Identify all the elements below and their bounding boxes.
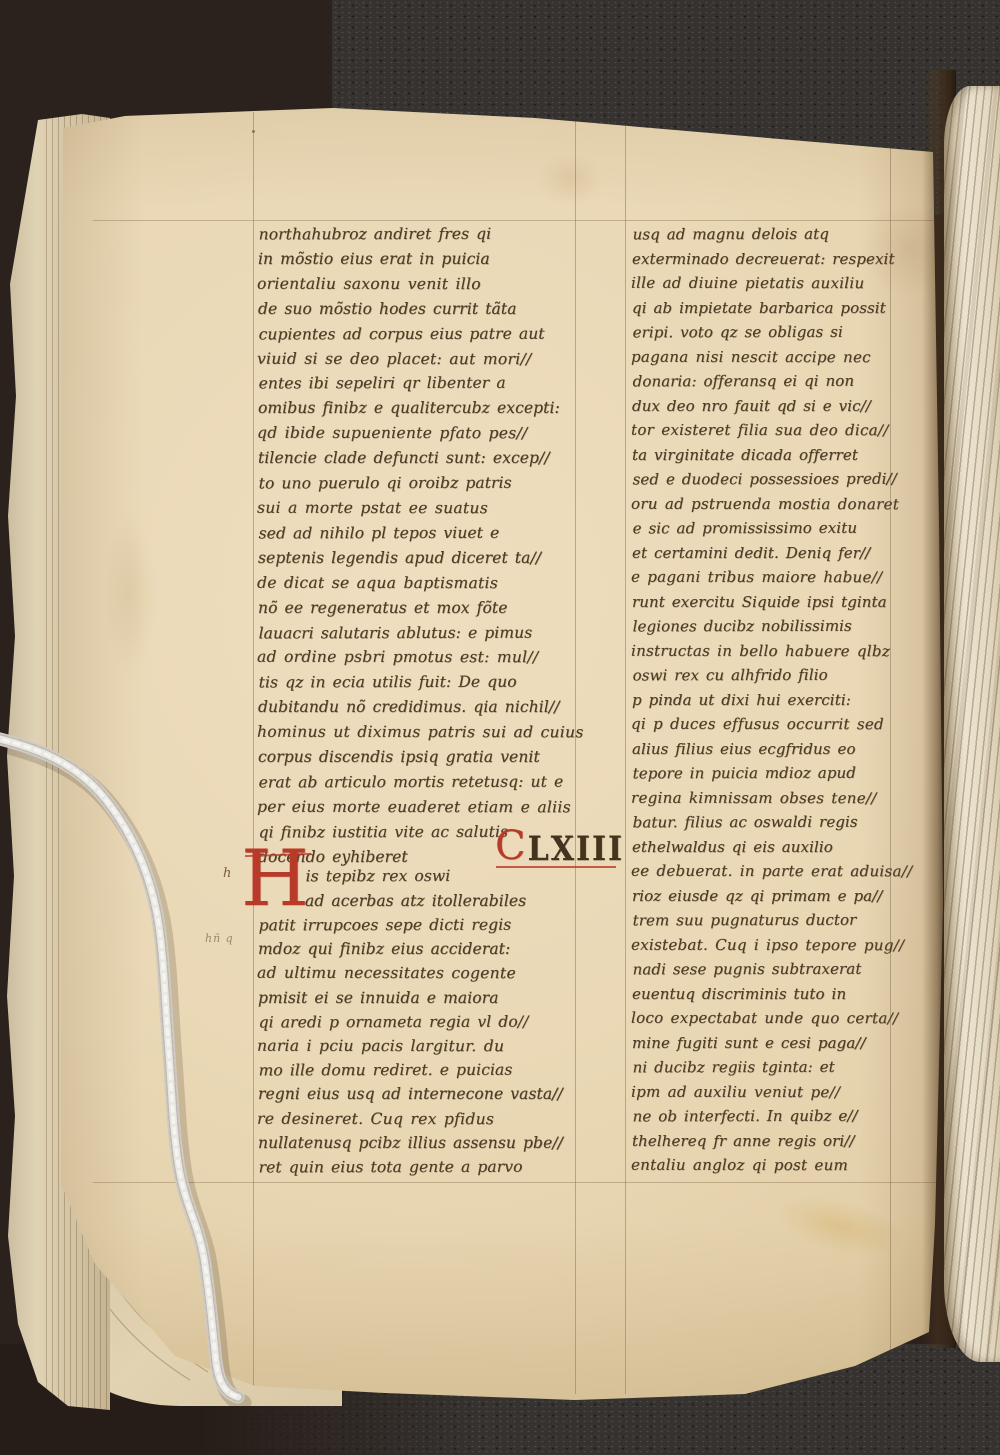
text-line: alius filius eius ecgfridus eo: [632, 737, 913, 762]
text-line: qi p duces effusus occurrit sed: [631, 712, 913, 737]
text-line: is tepibz rex oswi: [306, 864, 527, 889]
text-line: ee debuerat. in parte erat aduisa//: [631, 859, 913, 884]
ruling-line-vertical: [625, 112, 626, 1394]
text-line: ad ultimu necessitates cogente: [257, 961, 562, 986]
text-line: dubitandu nõ credidimus. qia nichil//: [258, 695, 585, 720]
text-line: hominus ut diximus patris sui ad cuius: [257, 720, 584, 745]
text-line: euentuq discriminis tuto in: [632, 982, 913, 1007]
text-line: ni ducibz regiis tginta: et: [633, 1055, 915, 1080]
text-line: regina kimnissam obses tene//: [631, 785, 913, 810]
margin-note: hñ q: [205, 932, 234, 945]
text-line: tepore in puicia mdioz apud: [633, 761, 915, 786]
text-line: ta virginitate dicada offerret: [632, 443, 913, 468]
text-line: nadi sese pugnis subtraxerat: [633, 957, 915, 982]
text-line: re desineret. Cuq rex pfidus: [257, 1106, 562, 1131]
rubricated-initial: H: [241, 848, 309, 910]
text-line: mine fugiti sunt e cesi paga//: [632, 1031, 913, 1056]
text-line: naria i pciu pacis largitur. du: [257, 1034, 562, 1059]
chapter-number-underline: [496, 866, 616, 868]
text-line: qd ibide supueniente pfato pes//: [257, 421, 584, 446]
text-line: loco expectabat unde quo certa//: [631, 1006, 913, 1031]
text-line: trem suu pugnaturus ductor: [633, 908, 915, 933]
text-line: legiones ducibz nobilissimis: [633, 614, 915, 639]
text-line: cupientes ad corpus eius patre aut: [259, 321, 586, 347]
text-line: ad ordine psbri pmotus est: mul//: [257, 645, 584, 670]
text-line: sed ad nihilo pl tepos viuet e: [259, 520, 586, 546]
text-line: northahubroz andiret fres qi: [259, 222, 586, 248]
text-line: nõ ee regeneratus et mox fõte: [258, 596, 585, 621]
text-line: lauacri salutaris ablutus: e pimus: [259, 620, 586, 646]
text-line: sui a morte pstat ee suatus: [257, 496, 584, 521]
text-line: tilencie clade defuncti sunt: excep//: [258, 446, 585, 471]
text-line: rioz eiusde qz qi primam e pa//: [632, 884, 913, 909]
text-line: runt exercitu Siquide ipsi tginta: [632, 590, 913, 615]
text-line: thelhereq fr anne regis ori//: [632, 1129, 913, 1154]
text-line: exterminado decreuerat: respexit: [632, 247, 913, 272]
text-line: p pinda ut dixi hui exerciti:: [632, 688, 913, 713]
text-line: eripi. voto qz se obligas si: [633, 320, 915, 345]
text-line: batur. filius ac oswaldi regis: [633, 810, 915, 835]
text-line: viuid si se deo placet: aut mori//: [257, 346, 584, 371]
chapter-number-numerals: LXIII: [528, 830, 624, 869]
text-line: septenis legendis apud diceret ta//: [258, 546, 585, 571]
text-line: sed e duodeci possessioes predi//: [633, 467, 915, 492]
text-line: e sic ad promississimo exitu: [633, 516, 915, 541]
text-line: erat ab articulo mortis retetusq: ut e: [259, 770, 586, 796]
text-line: entes ibi sepeliri qr libenter a: [259, 371, 586, 397]
text-line: existebat. Cuq i ipso tepore pug//: [631, 932, 913, 957]
text-line: qi aredi p ornameta regia vl do//: [259, 1009, 564, 1034]
manuscript-photo: northahubroz andiret fres qiin mõstio ei…: [0, 0, 1000, 1455]
text-line: entaliu angloz qi post eum: [631, 1153, 913, 1178]
text-line: usq ad magnu delois atq: [633, 222, 915, 247]
text-line: ille ad diuine pietatis auxiliu: [631, 271, 913, 296]
text-line: pmisit ei se innuida e maiora: [258, 986, 563, 1010]
text-line: pagana nisi nescit accipe nec: [631, 344, 913, 369]
parchment-stain: [525, 144, 615, 214]
chapter-number: C LXIII: [495, 824, 624, 868]
text-line: in mõstio eius erat in puicia: [258, 247, 585, 272]
text-line: instructas in bello habuere qlbz: [631, 638, 913, 663]
ruling-line-vertical: [253, 112, 254, 1394]
text-line: de suo mõstio hodes currit tãta: [258, 297, 585, 322]
ruling-line-horizontal: [93, 1182, 937, 1183]
text-line: dux deo nro fauit qd si e vic//: [632, 394, 913, 419]
text-line: ethelwaldus qi eis auxilio: [632, 835, 913, 860]
left-text-column-beside-initial: is tepibz rex oswiad acerbas atz itoller…: [305, 864, 526, 913]
right-text-column: usq ad magnu delois atqexterminado decre…: [632, 222, 913, 1178]
text-line: nullatenusq pcibz illius assensu pbe//: [258, 1131, 563, 1155]
text-line: qi ab impietate barbarica possit: [632, 296, 913, 321]
text-line: to uno puerulo qi oroibz patris: [259, 471, 586, 497]
text-line: mo ille domu rediret. e puicias: [259, 1058, 564, 1083]
text-line: et certamini dedit. Deniq fer//: [632, 541, 913, 566]
guide-letter: h: [223, 866, 231, 881]
text-line: per eius morte euaderet etiam e aliis: [257, 795, 584, 820]
text-line: de dicat se aqua baptismatis: [257, 570, 584, 595]
next-page-edge: [944, 86, 1000, 1362]
text-line: oswi rex cu alhfrido filio: [633, 663, 915, 688]
parchment-stain: [95, 484, 165, 704]
text-line: ad acerbas atz itollerabiles: [305, 889, 526, 914]
text-line: omibus finibz e qualitercubz excepti:: [258, 396, 585, 421]
text-line: mdoz qui finibz eius acciderat:: [258, 937, 563, 961]
text-line: tis qz in ecia utilis fuit: De quo: [259, 670, 586, 696]
text-line: donaria: offeransq ei qi non: [633, 369, 915, 394]
left-text-column-upper: northahubroz andiret fres qiin mõstio ei…: [258, 222, 585, 870]
text-line: regni eius usq ad internecone vasta//: [258, 1082, 563, 1106]
left-text-column-lower: patit irrupcoes sepe dicti regismdoz qui…: [258, 913, 563, 1179]
text-line: ret quin eius tota gente a parvo: [259, 1155, 564, 1180]
text-line: corpus discendis ipsiq gratia venit: [258, 745, 585, 770]
parchment-page: northahubroz andiret fres qiin mõstio ei…: [55, 104, 948, 1402]
text-line: oru ad pstruenda mostia donaret: [631, 491, 913, 516]
chapter-number-initial: C: [495, 824, 526, 868]
text-line: ne ob interfecti. In quibz e//: [633, 1104, 915, 1129]
text-line: tor existeret filia sua deo dica//: [631, 418, 913, 443]
text-line: orientaliu saxonu venit illo: [257, 272, 584, 297]
text-line: e pagani tribus maiore habue//: [631, 565, 913, 590]
text-line: ipm ad auxiliu veniut pe//: [631, 1079, 913, 1104]
parchment-stain: [739, 1168, 941, 1284]
